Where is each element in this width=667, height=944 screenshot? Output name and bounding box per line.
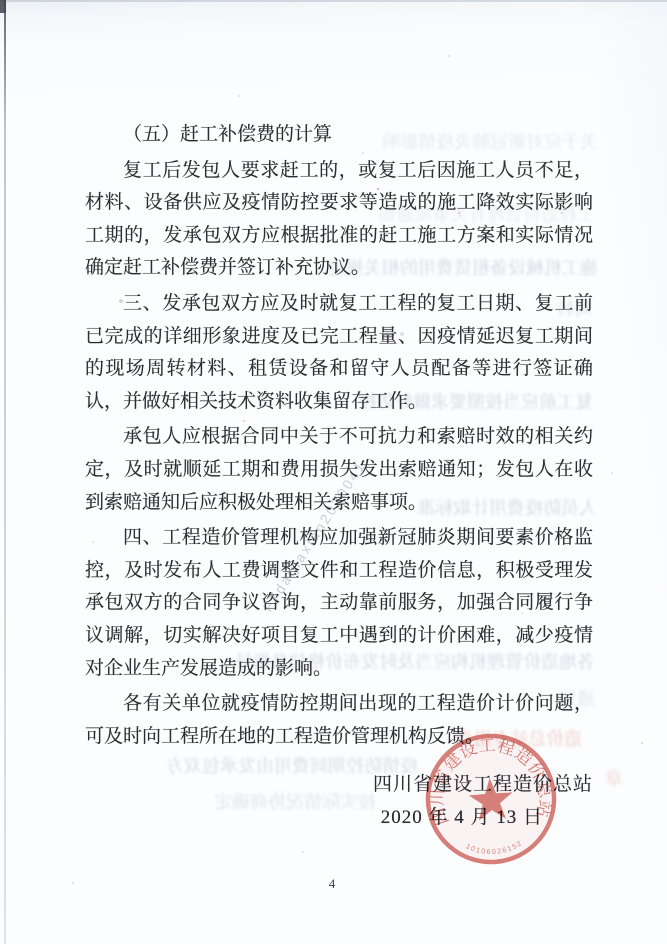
body-paragraph: 四、工程造价管理机构应加强新冠肺炎期间要素价格监控，及时发布人工费调整文件和工程… [85, 522, 593, 685]
section-heading: （五）赶工补偿费的计算 [85, 119, 593, 152]
page-number: 4 [320, 876, 344, 892]
body-paragraph: 三、发承包双方应及时就复工工程的复工日期、复工前已完成的详细形象进度及已完工程量… [85, 288, 593, 418]
scan-red-specks [0, 0, 2, 2]
body-paragraph: 复工后发包人要求赶工的，或复工后因施工人员不足，材料、设备供应及疫情防控要求等造… [85, 155, 593, 285]
scan-edge-left [4, 0, 6, 944]
body-paragraph: 承包人应根据合同中关于不可抗力和索赔时效的相关约定，及时就顺延工期和费用损失发出… [85, 421, 593, 519]
official-seal: 四川省建设工程造价总站 5101060261520 [415, 723, 567, 875]
scan-edge-top [0, 0, 667, 2]
scanned-page: 关于应对新冠肺炎疫情影响 工程造价管理有关事项通知 施工机械设备租赁费用的相关规… [0, 0, 667, 944]
